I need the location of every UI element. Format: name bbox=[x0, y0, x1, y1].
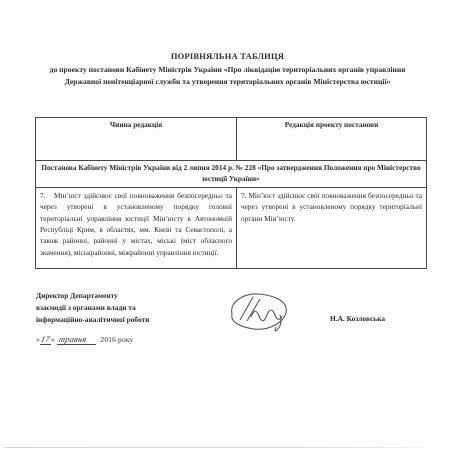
table-row: 7. Мін’юст здійснює свої повноваження бе… bbox=[36, 187, 427, 268]
document-subtitle: до проекту постанови Кабінету Міністрів … bbox=[32, 64, 423, 88]
signatory-title-line1: Директор Департаменту bbox=[36, 290, 150, 302]
column-header-current-edition: Чинна редакція bbox=[36, 118, 237, 161]
cell-current-edition: 7. Мін’юст здійснює свої повноваження бе… bbox=[36, 187, 237, 268]
date-close-quote: » bbox=[51, 335, 55, 344]
signature-date-line: «17»травня2016 року bbox=[36, 334, 133, 344]
date-year: 2016 року bbox=[100, 335, 133, 344]
signatory-title-line3: інформаційно-аналітичної роботи bbox=[36, 314, 150, 326]
column-header-draft-edition: Редакція проекту постанови bbox=[237, 118, 427, 161]
document-title: ПОРІВНЯЛЬНА ТАБЛИЦЯ bbox=[0, 51, 455, 61]
date-day-blank: 17 bbox=[40, 335, 51, 345]
merged-act-title-cell: Постанова Кабінету Міністрів України від… bbox=[36, 161, 427, 188]
table-merged-row: Постанова Кабінету Міністрів України від… bbox=[36, 161, 427, 188]
scan-page-edge-line bbox=[4, 447, 424, 448]
signatory-title-block: Директор Департаменту взаємодії з органа… bbox=[36, 290, 150, 326]
handwritten-signature-icon bbox=[222, 288, 298, 336]
table-header-row: Чинна редакція Редакція проекту постанов… bbox=[36, 118, 427, 161]
handwritten-month: травня bbox=[58, 334, 88, 344]
comparison-table: Чинна редакція Редакція проекту постанов… bbox=[35, 117, 427, 269]
handwritten-day: 17 bbox=[40, 334, 51, 344]
signatory-title-line2: взаємодії з органами влади та bbox=[36, 302, 150, 314]
scanned-document-page: ПОРІВНЯЛЬНА ТАБЛИЦЯ до проекту постанови… bbox=[0, 0, 455, 455]
document-subtitle-line2: Державної пенітенціарної служби та утвор… bbox=[65, 77, 391, 86]
cell-draft-edition: 7. Мін’юст здійснює свої повноваження бе… bbox=[237, 187, 427, 268]
document-subtitle-line1: до проекту постанови Кабінету Міністрів … bbox=[50, 65, 406, 74]
date-month-blank: травня bbox=[57, 335, 97, 345]
signatory-name: Н.А. Козловська bbox=[330, 314, 385, 323]
